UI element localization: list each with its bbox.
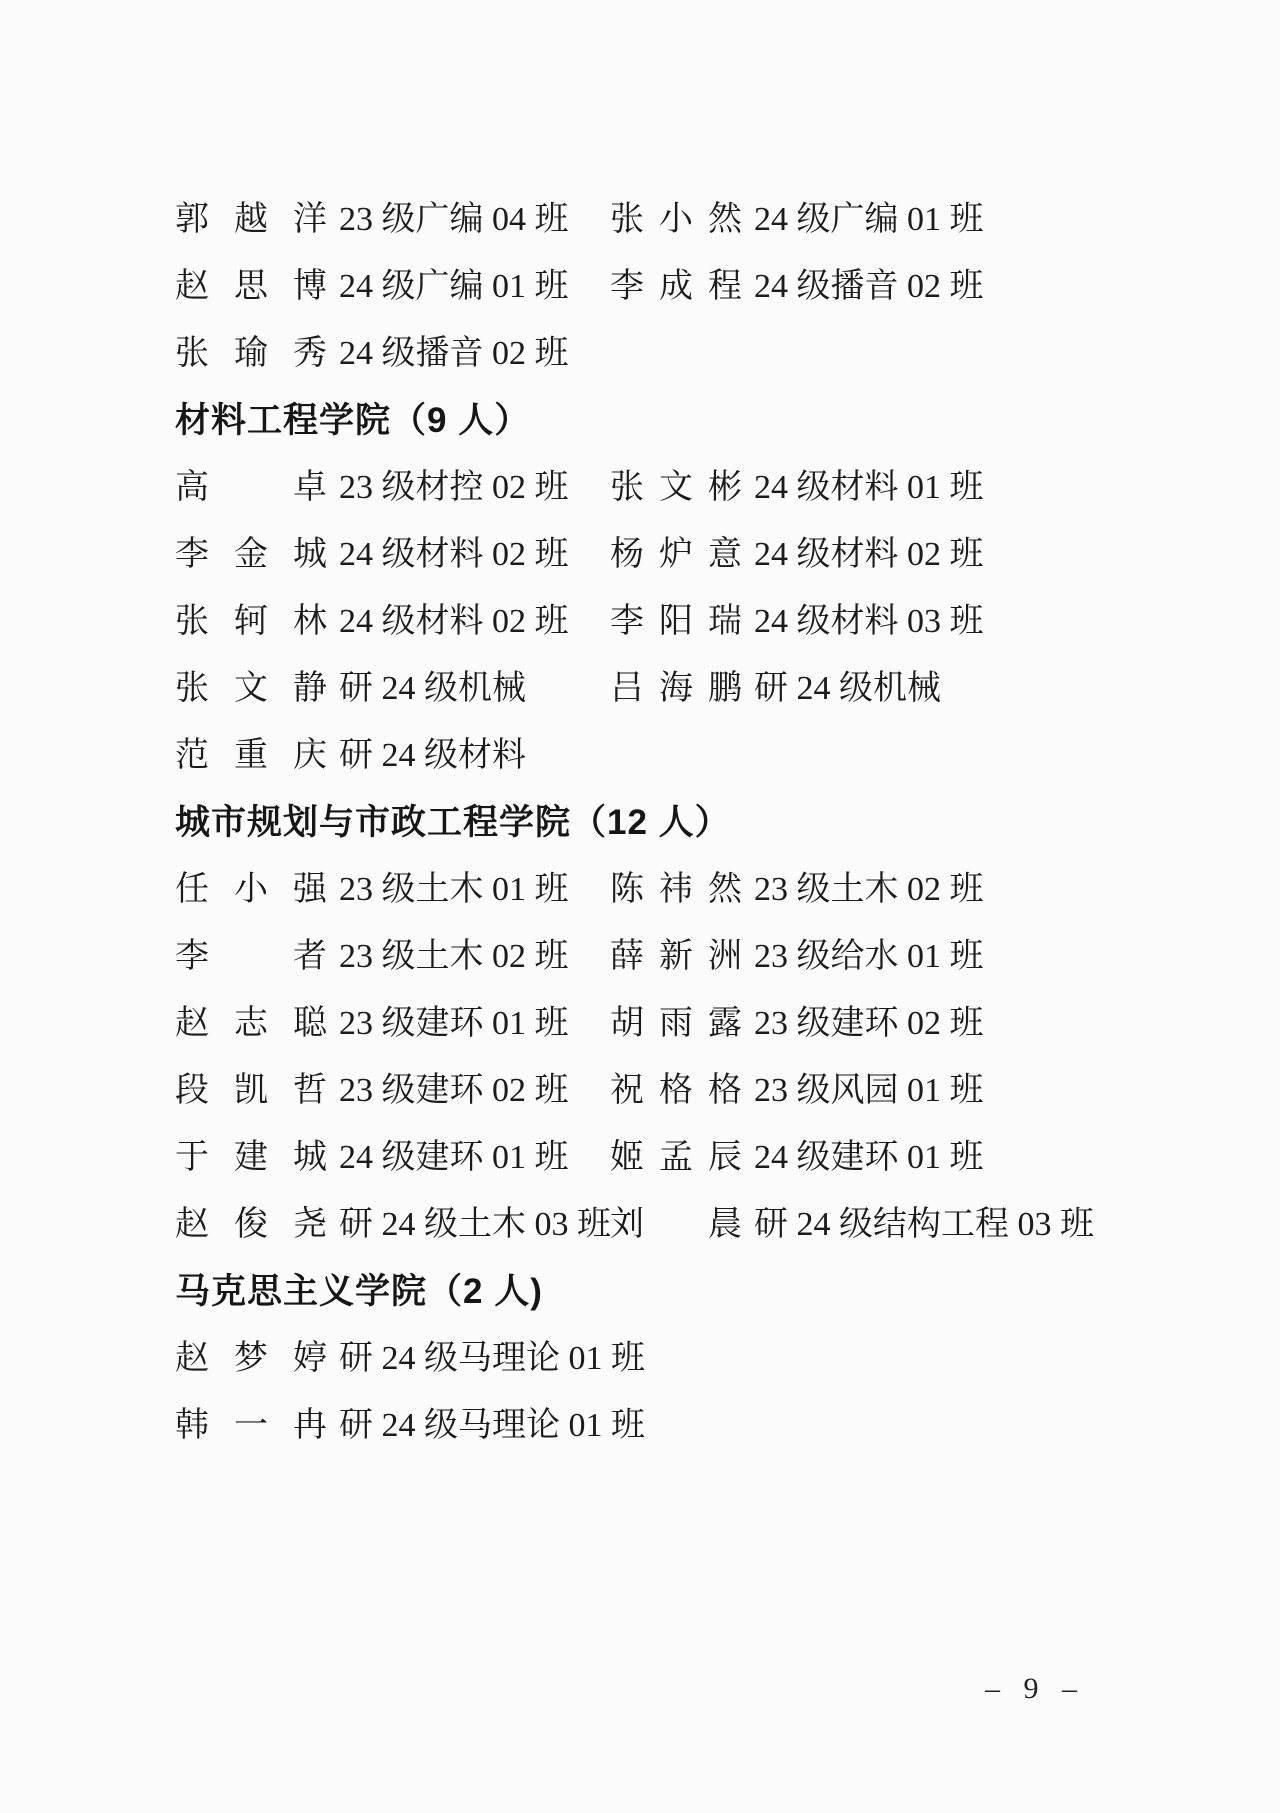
student-class: 研 24 级土木 03 班: [339, 1206, 611, 1243]
student-class: 24 级材料 02 班: [754, 536, 984, 573]
student-class: 23 级土木 02 班: [754, 871, 984, 908]
row-right-column: 姬孟辰24 级建环 01 班: [610, 1124, 984, 1191]
student-name: 李成程: [610, 253, 742, 320]
student-class: 23 级建环 02 班: [339, 1072, 569, 1109]
student-class: 24 级材料 02 班: [339, 603, 569, 640]
student-name: 赵梦婷: [175, 1325, 327, 1392]
row-right-column: 李成程24 级播音 02 班: [610, 253, 984, 320]
student-name: 张瑜秀: [175, 320, 327, 387]
student-class: 24 级材料 02 班: [339, 536, 569, 573]
student-name: 段凯哲: [175, 1057, 327, 1124]
student-class: 24 级广编 01 班: [754, 201, 984, 238]
student-name: 胡雨露: [610, 990, 742, 1057]
student-name: 刘晨: [610, 1191, 742, 1258]
student-row: 任小强23 级土木 01 班陈祎然23 级土木 02 班: [175, 856, 1245, 923]
student-name: 高卓: [175, 454, 327, 521]
student-row: 高卓23 级材控 02 班张文彬24 级材料 01 班: [175, 454, 1245, 521]
student-row: 李金城24 级材料 02 班杨炉意24 级材料 02 班: [175, 521, 1245, 588]
student-row: 范重庆研 24 级材料: [175, 722, 1245, 789]
student-row: 赵思博24 级广编 01 班李成程24 级播音 02 班: [175, 253, 1245, 320]
row-right-column: 杨炉意24 级材料 02 班: [610, 521, 984, 588]
student-class: 24 级材料 03 班: [754, 603, 984, 640]
student-row: 张瑜秀24 级播音 02 班: [175, 320, 1245, 387]
student-row: 韩一冉研 24 级马理论 01 班: [175, 1392, 1245, 1459]
student-name: 张轲林: [175, 588, 327, 655]
student-class: 研 24 级材料: [339, 737, 526, 774]
document-page: 郭越洋23 级广编 04 班张小然24 级广编 01 班赵思博24 级广编 01…: [0, 0, 1280, 1813]
student-row: 于建城24 级建环 01 班姬孟辰24 级建环 01 班: [175, 1124, 1245, 1191]
student-class: 23 级建环 01 班: [339, 1005, 569, 1042]
student-name: 陈祎然: [610, 856, 742, 923]
student-class: 研 24 级结构工程 03 班: [754, 1206, 1094, 1243]
row-right-column: 薛新洲23 级给水 01 班: [610, 923, 984, 990]
row-right-column: 刘晨研 24 级结构工程 03 班: [610, 1191, 1094, 1258]
student-row: 张文静研 24 级机械吕海鹏研 24 级机械: [175, 655, 1245, 722]
row-right-column: 吕海鹏研 24 级机械: [610, 655, 941, 722]
student-class: 24 级广编 01 班: [339, 268, 569, 305]
student-class: 24 级建环 01 班: [754, 1139, 984, 1176]
student-name: 赵俊尧: [175, 1191, 327, 1258]
student-name: 薛新洲: [610, 923, 742, 990]
student-row: 段凯哲23 级建环 02 班祝格格23 级风园 01 班: [175, 1057, 1245, 1124]
page-number: – 9 –: [985, 1672, 1085, 1706]
student-row: 郭越洋23 级广编 04 班张小然24 级广编 01 班: [175, 186, 1245, 253]
row-right-column: 李阳瑞24 级材料 03 班: [610, 588, 984, 655]
student-class: 23 级土木 01 班: [339, 871, 569, 908]
student-name: 李金城: [175, 521, 327, 588]
document-content: 郭越洋23 级广编 04 班张小然24 级广编 01 班赵思博24 级广编 01…: [175, 186, 1245, 1459]
student-class: 24 级建环 01 班: [339, 1139, 569, 1176]
student-name: 韩一冉: [175, 1392, 327, 1459]
student-name: 李阳瑞: [610, 588, 742, 655]
student-name: 祝格格: [610, 1057, 742, 1124]
student-class: 24 级材料 01 班: [754, 469, 984, 506]
student-class: 研 24 级机械: [754, 670, 941, 707]
section-heading: 材料工程学院（9 人）: [175, 387, 1245, 454]
student-class: 研 24 级马理论 01 班: [339, 1340, 645, 1377]
student-name: 范重庆: [175, 722, 327, 789]
student-name: 郭越洋: [175, 186, 327, 253]
student-name: 张文彬: [610, 454, 742, 521]
student-class: 23 级给水 01 班: [754, 938, 984, 975]
student-row: 张轲林24 级材料 02 班李阳瑞24 级材料 03 班: [175, 588, 1245, 655]
student-name: 李者: [175, 923, 327, 990]
row-right-column: 祝格格23 级风园 01 班: [610, 1057, 984, 1124]
student-class: 23 级材控 02 班: [339, 469, 569, 506]
row-right-column: 胡雨露23 级建环 02 班: [610, 990, 984, 1057]
student-name: 赵志聪: [175, 990, 327, 1057]
student-name: 任小强: [175, 856, 327, 923]
row-right-column: 张小然24 级广编 01 班: [610, 186, 984, 253]
student-class: 24 级播音 02 班: [339, 335, 569, 372]
student-class: 研 24 级机械: [339, 670, 526, 707]
student-class: 24 级播音 02 班: [754, 268, 984, 305]
student-name: 张文静: [175, 655, 327, 722]
student-name: 杨炉意: [610, 521, 742, 588]
student-class: 23 级风园 01 班: [754, 1072, 984, 1109]
section-heading: 城市规划与市政工程学院（12 人）: [175, 789, 1245, 856]
section-heading: 马克思主义学院（2 人): [175, 1258, 1245, 1325]
student-name: 于建城: [175, 1124, 327, 1191]
student-row: 李者23 级土木 02 班薛新洲23 级给水 01 班: [175, 923, 1245, 990]
student-row: 赵俊尧研 24 级土木 03 班刘晨研 24 级结构工程 03 班: [175, 1191, 1245, 1258]
student-name: 吕海鹏: [610, 655, 742, 722]
student-class: 23 级建环 02 班: [754, 1005, 984, 1042]
student-name: 姬孟辰: [610, 1124, 742, 1191]
student-name: 赵思博: [175, 253, 327, 320]
row-right-column: 张文彬24 级材料 01 班: [610, 454, 984, 521]
student-class: 23 级土木 02 班: [339, 938, 569, 975]
student-row: 赵志聪23 级建环 01 班胡雨露23 级建环 02 班: [175, 990, 1245, 1057]
student-class: 研 24 级马理论 01 班: [339, 1407, 645, 1444]
student-class: 23 级广编 04 班: [339, 201, 569, 238]
row-right-column: 陈祎然23 级土木 02 班: [610, 856, 984, 923]
student-row: 赵梦婷研 24 级马理论 01 班: [175, 1325, 1245, 1392]
student-name: 张小然: [610, 186, 742, 253]
